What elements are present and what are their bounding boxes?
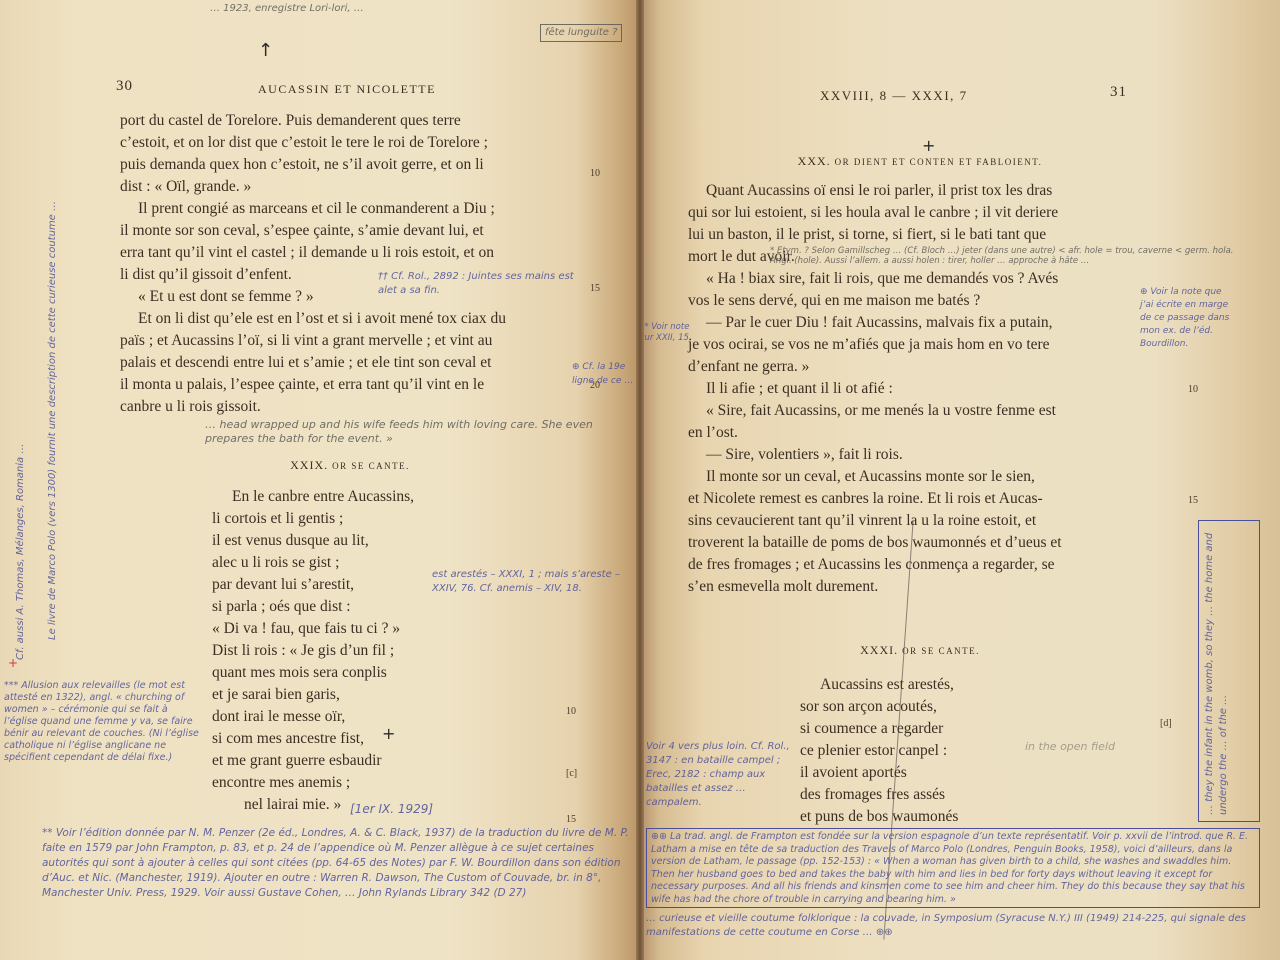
vertical-box-note: … they the infant in the womb, so they ……	[1203, 525, 1231, 815]
verse-line: il est venus dusque au lit,	[212, 530, 414, 552]
prose-line: d’enfant ne gerra. »	[688, 356, 1168, 378]
line-number: 15	[590, 283, 600, 294]
prose-line: lui un baston, il le prist, si torne, si…	[688, 224, 1168, 246]
line-number: [c]	[566, 768, 577, 779]
prose-line: puis demanda quex hon c’estoit, ne s’il …	[120, 154, 576, 176]
prose-line: Quant Aucassins oï ensi le roi parler, i…	[688, 180, 1168, 202]
line-number: [d]	[1160, 718, 1172, 729]
verse-line: si parla ; oés que dist :	[212, 596, 414, 618]
prose-line: Il monte sor un ceval, et Aucassins mont…	[688, 466, 1168, 488]
verse-block-xxix: En le canbre entre Aucassins, li cortois…	[212, 486, 414, 816]
verse-line: alec u li rois se gist ;	[212, 552, 414, 574]
open-field-note: in the open field	[1025, 740, 1115, 754]
chapter-heading-xxxi: XXXI. Or se cante.	[820, 643, 1020, 658]
chapter-title: Or dient et conten et fabloient.	[835, 157, 1043, 167]
left-page: 30 Aucassin et Nicolette … 1923, enregis…	[0, 0, 640, 960]
prose-line: de fres fromages ; et Aucassins les conm…	[688, 554, 1168, 576]
verse-line: Aucassins est arestés,	[800, 674, 958, 696]
verse-block-xxxi: Aucassins est arestés, sor son arçon aco…	[800, 674, 958, 828]
wrapped-note: … head wrapped up and his wife feeds him…	[205, 418, 625, 446]
book-spread: 30 Aucassin et Nicolette … 1923, enregis…	[0, 0, 1280, 960]
margin-note-vertical: Cf. aussi A. Thomas, Mélanges, Romania …	[14, 300, 28, 660]
prose-line: palais et descendi entre lui et s’amie ;…	[120, 352, 576, 374]
prose-line: erra tant qu’il vint el castel ; il dema…	[120, 242, 576, 264]
roland-campel-note: Voir 4 vers plus loin. Cf. Rol., 3147 : …	[646, 740, 796, 810]
prose-line: port du castel de Torelore. Puis demande…	[120, 110, 576, 132]
line-number: 10	[566, 706, 576, 717]
prose-line: c’estoit, et on lor dist que c’estoit le…	[120, 132, 576, 154]
prose-line: — Sire, volentiers », fait li rois.	[688, 444, 1168, 466]
prose-line: je vos ocirai, se vos ne m’afiés que ja …	[688, 334, 1168, 356]
running-title: XXVIII, 8 — XXXI, 7	[820, 88, 968, 104]
page-number: 30	[116, 78, 133, 95]
chapter-number: XXXI.	[860, 643, 898, 657]
prose-block-xxviii: port du castel de Torelore. Puis demande…	[120, 110, 576, 418]
chapter-heading-xxx: XXX. Or dient et conten et fabloient.	[770, 154, 1070, 169]
verse-line: par devant lui s’arestit,	[212, 574, 414, 596]
verse-line: si coumence a regarder	[800, 718, 958, 740]
top-pencil-note: … 1923, enregistre Lori-lori, …	[210, 2, 590, 16]
prose-line: s’en esmevella molt durement.	[688, 576, 1168, 598]
chapter-number: XXX.	[798, 154, 831, 168]
relevailles-note: *** Allusion aux relevailles (le mot est…	[4, 680, 204, 764]
boxed-margin-note: … they the infant in the womb, so they ……	[1198, 520, 1260, 822]
page-number: 31	[1110, 84, 1127, 101]
prose-line: dist : « Oïl, grande. »	[120, 176, 576, 198]
verse-line: « Di va ! fau, que fais tu ci ? »	[212, 618, 414, 640]
cross-mark-icon: +	[922, 136, 935, 155]
prose-line: « Sire, fait Aucassins, or me menés la u…	[688, 400, 1168, 422]
verse-line: quant mes mois sera conplis	[212, 662, 414, 684]
etym-inline-note: * Etym. ? Selon Gamillscheg … (Cf. Bloch…	[770, 246, 1240, 266]
cross-mark-icon: +	[382, 724, 395, 743]
prose-line: — Par le cuer Diu ! fait Aucassins, malv…	[688, 312, 1168, 334]
prose-line: « Ha ! biax sire, fait li rois, que me d…	[688, 268, 1168, 290]
chapter-title: Or se cante.	[332, 461, 410, 471]
bourdillon-note: ⊕ Voir la note que j’ai écrite en marge …	[1140, 286, 1236, 351]
frampton-note: ⊕⊕ La trad. angl. de Frampton est fondée…	[651, 831, 1251, 906]
prose-line: qui sor lui estoient, si les houla aval …	[688, 202, 1168, 224]
arrow-up-icon: ↑	[258, 40, 273, 61]
verse-line: encontre mes anemis ;	[212, 772, 414, 794]
right-page: XXVIII, 8 — XXXI, 7 31 XXX. Or dient et …	[640, 0, 1280, 960]
prose-line: Il li afie ; et quant il li ot afié :	[688, 378, 1168, 400]
prose-line: il monte sor son ceval, s’espee çainte, …	[120, 220, 576, 242]
prose-line: vos le sens dervé, qui en me maison me b…	[688, 290, 1168, 312]
top-boxed-note: fête lunguite ?	[540, 24, 622, 42]
chapter-title: Or se cante.	[902, 646, 980, 656]
line-number: 10	[590, 168, 600, 179]
verse-line: sor son arçon acoutés,	[800, 696, 958, 718]
verse-line: des fromages fres assés	[800, 784, 958, 806]
line-number: 10	[1188, 384, 1198, 395]
footnote: ** Voir l’édition donnée par N. M. Penze…	[42, 826, 632, 901]
roland-note: †† Cf. Rol., 2892 : Juintes ses mains es…	[378, 270, 588, 298]
chapter-number: XXIX.	[290, 458, 328, 472]
line-number: 15	[566, 814, 576, 825]
prose-line: il monta u palais, l’espee çainte, et er…	[120, 374, 576, 396]
verse-line: En le canbre entre Aucassins,	[212, 486, 414, 508]
frampton-box: ⊕⊕ La trad. angl. de Frampton est fondée…	[646, 828, 1260, 908]
red-cross-icon: +	[8, 656, 18, 670]
prose-line: sins cevaucierent tant qu’il vinrent la …	[688, 510, 1168, 532]
prose-line: Il prent congié as marceans et cil le co…	[120, 198, 576, 220]
prose-line: Et on li dist qu’ele est en l’ost et si …	[120, 308, 576, 330]
book-gutter	[636, 0, 644, 960]
chapter-heading-xxix: XXIX. Or se cante.	[250, 458, 450, 473]
prose-line: troverent la bataille de poms de bos wau…	[688, 532, 1168, 554]
verse-line: li cortois et li gentis ;	[212, 508, 414, 530]
prose-line: en l’ost.	[688, 422, 1168, 444]
verse-line: il avoient aportés	[800, 762, 958, 784]
prose-line: et Nicolete remest es canbres la roine. …	[688, 488, 1168, 510]
prose-line: canbre u li rois gissoit.	[120, 396, 576, 418]
date-note: [1er IX. 1929]	[350, 802, 433, 816]
verse-line: et je sarai bien garis,	[212, 684, 414, 706]
arestit-note: est arestés – XXXI, 1 ; mais s’areste – …	[432, 568, 632, 596]
couvade-note: … curieuse et vieille coutume folkloriqu…	[646, 912, 1256, 940]
verse-line: ce plenier estor canpel :	[800, 740, 958, 762]
verse-line: Dist li rois : « Je gis d’un fil ;	[212, 640, 414, 662]
running-title: Aucassin et Nicolette	[258, 82, 436, 97]
margin-note-vertical: Le livre de Marco Polo (vers 1300) fourn…	[46, 40, 60, 640]
line-ref-note: ⊕ Cf. la 19e ligne de ce …	[572, 360, 640, 388]
verse-line: et puns de bos waumonés	[800, 806, 958, 828]
voir-note: ** Voir note sur XXII, 15	[640, 322, 690, 344]
prose-block-xxx: Quant Aucassins oï ensi le roi parler, i…	[688, 180, 1168, 598]
prose-line: païs ; et Aucassins l’oï, si li vint a g…	[120, 330, 576, 352]
line-number: 15	[1188, 495, 1198, 506]
verse-line: et me grant guerre esbaudir	[212, 750, 414, 772]
